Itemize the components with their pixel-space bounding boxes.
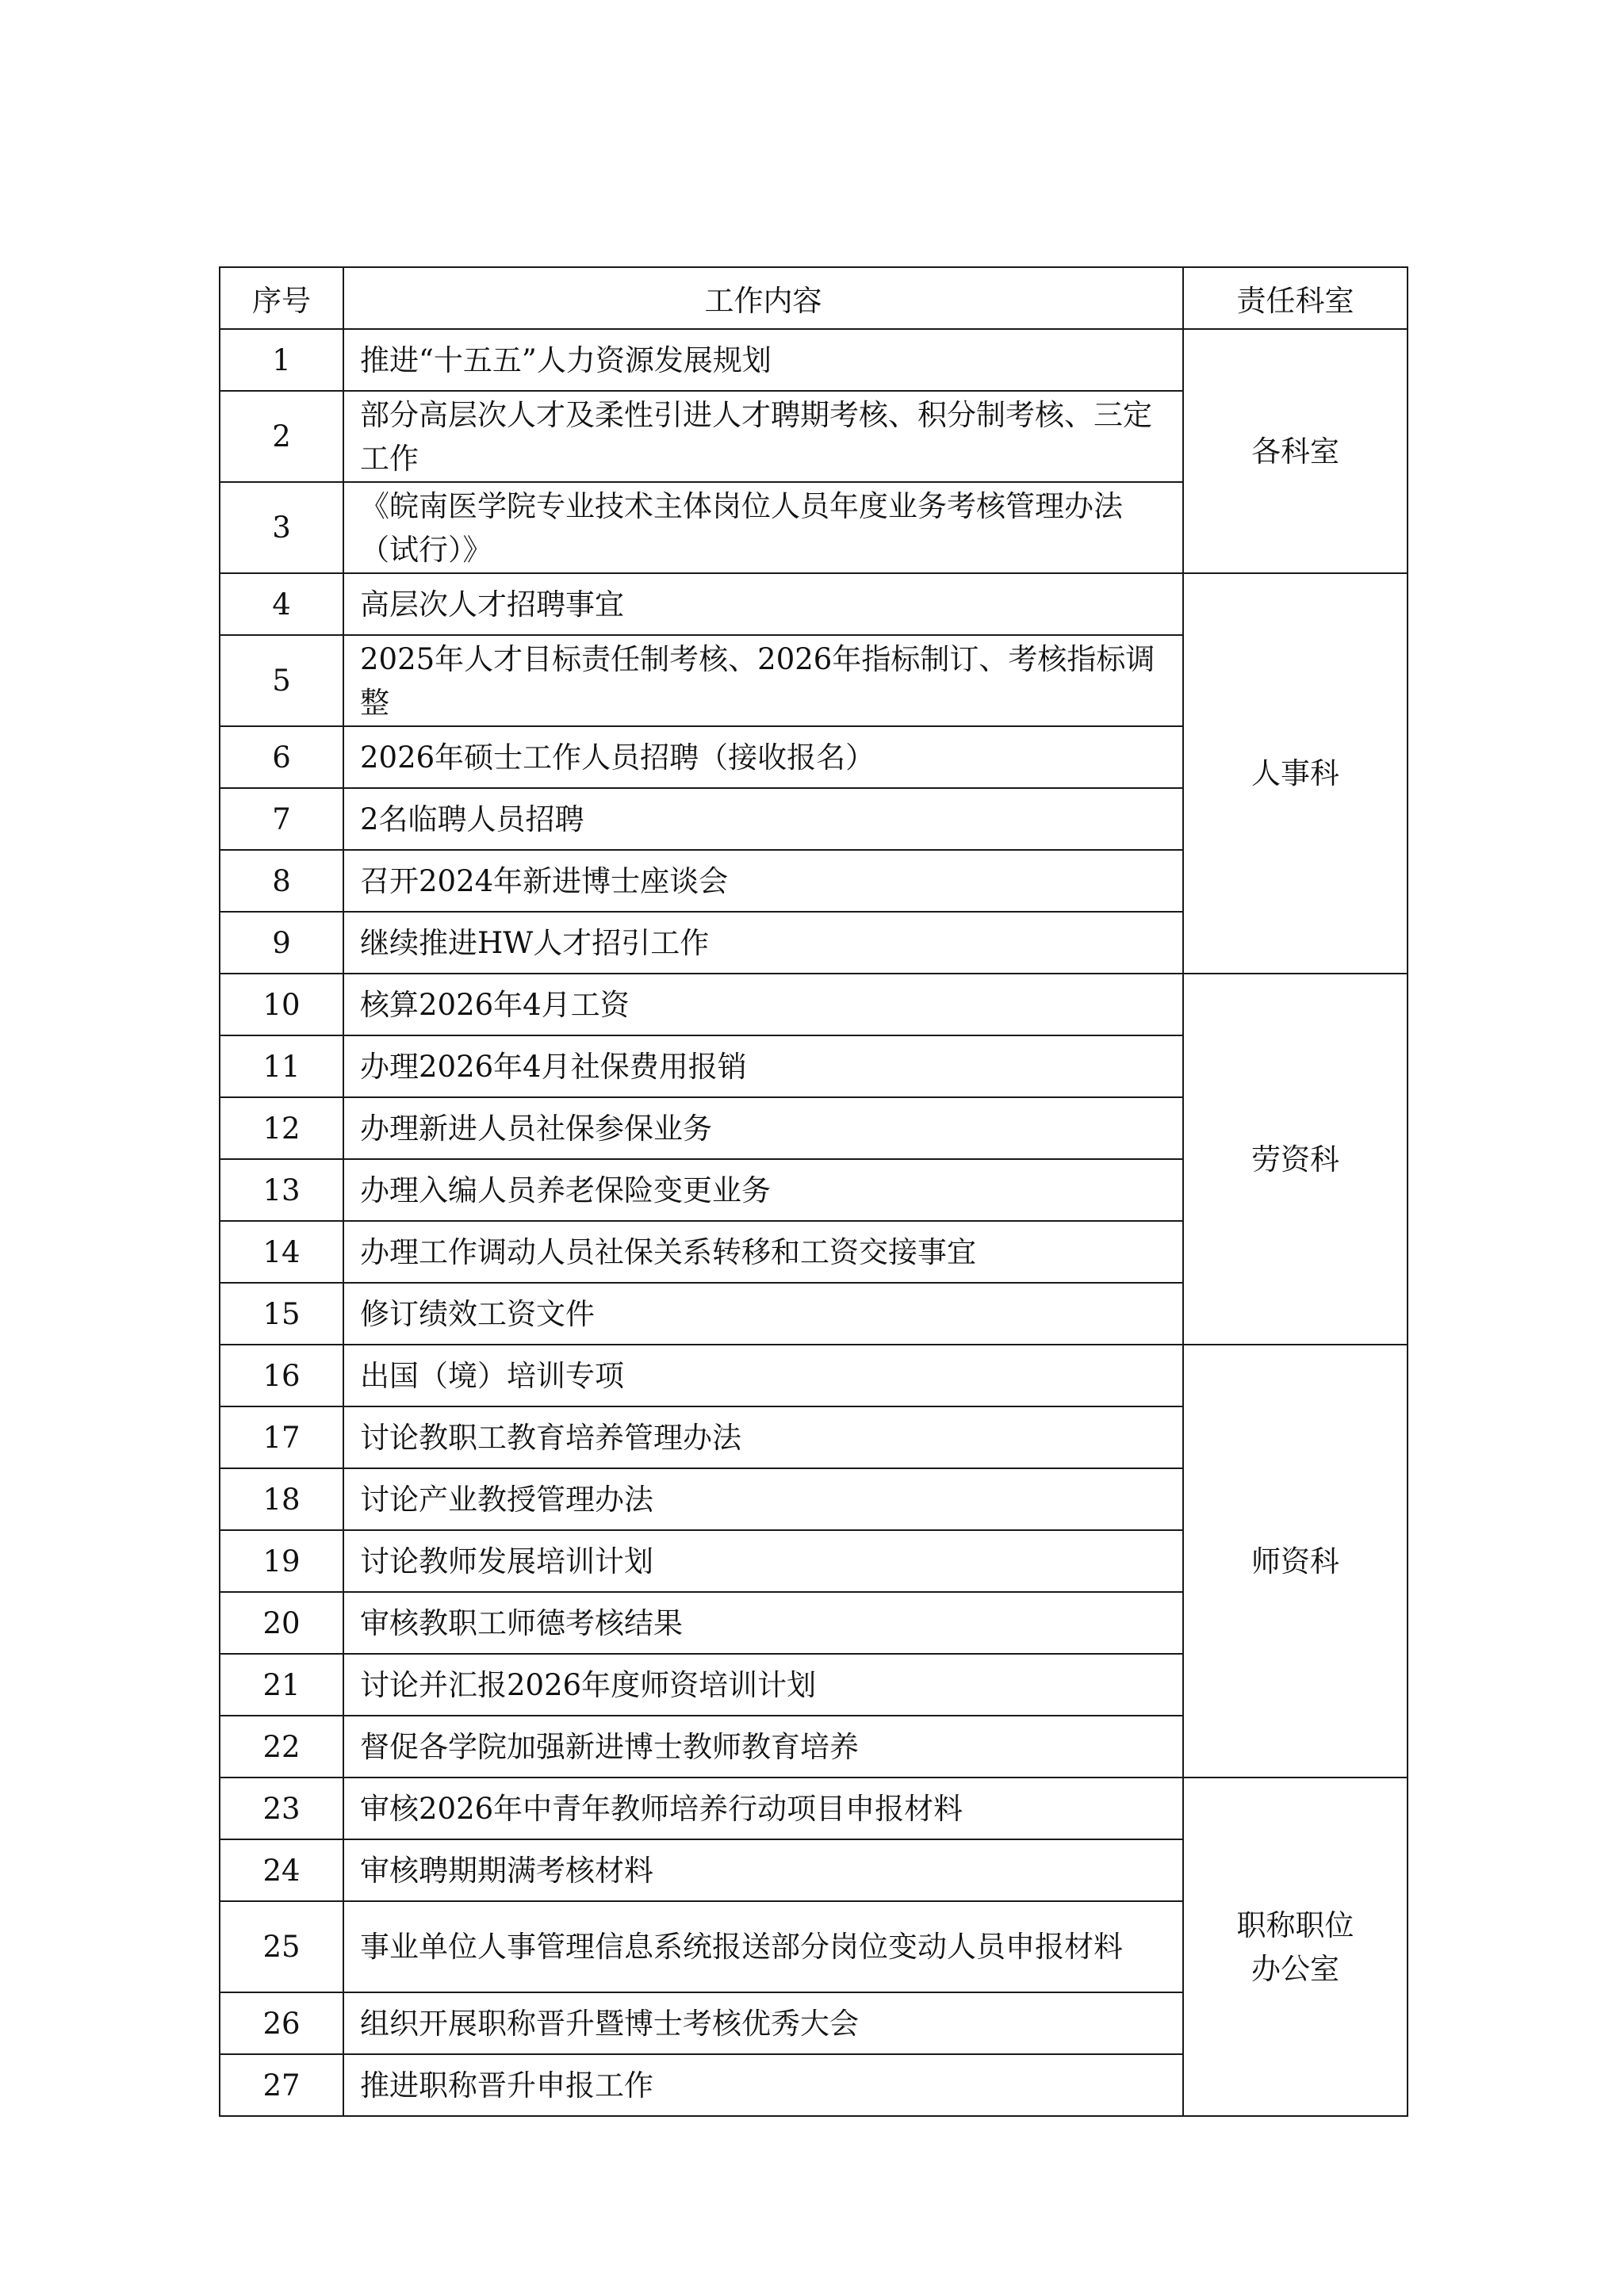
row-work-content: 组织开展职称晋升暨博士考核优秀大会 (343, 1992, 1183, 2054)
row-serial-number: 1 (220, 329, 343, 391)
row-serial-number: 19 (220, 1530, 343, 1592)
row-work-content: 审核聘期期满考核材料 (343, 1839, 1183, 1901)
row-serial-number: 21 (220, 1654, 343, 1716)
row-work-content: 2026年硕士工作人员招聘（接收报名） (343, 726, 1183, 788)
row-work-content: 办理工作调动人员社保关系转移和工资交接事宜 (343, 1221, 1183, 1283)
row-work-content: 《皖南医学院专业技术主体岗位人员年度业务考核管理办法（试行）》 (343, 482, 1183, 573)
table-row: 4高层次人才招聘事宜人事科 (220, 573, 1408, 635)
row-serial-number: 12 (220, 1097, 343, 1159)
row-work-content: 办理新进人员社保参保业务 (343, 1097, 1183, 1159)
row-serial-number: 20 (220, 1592, 343, 1654)
row-work-content: 高层次人才招聘事宜 (343, 573, 1183, 635)
row-serial-number: 8 (220, 850, 343, 912)
row-serial-number: 11 (220, 1035, 343, 1097)
table-row: 23审核2026年中青年教师培养行动项目申报材料职称职位办公室 (220, 1777, 1408, 1839)
header-work-content: 工作内容 (343, 267, 1183, 329)
table-row: 16出国（境）培训专项师资科 (220, 1345, 1408, 1406)
row-serial-number: 5 (220, 635, 343, 726)
responsible-department-cell: 人事科 (1183, 573, 1408, 974)
table-row: 1推进“十五五”人力资源发展规划各科室 (220, 329, 1408, 391)
row-serial-number: 23 (220, 1777, 343, 1839)
header-responsible-department: 责任科室 (1183, 267, 1408, 329)
row-serial-number: 4 (220, 573, 343, 635)
row-serial-number: 24 (220, 1839, 343, 1901)
table-body: 1推进“十五五”人力资源发展规划各科室2部分高层次人才及柔性引进人才聘期考核、积… (220, 329, 1408, 2116)
row-serial-number: 2 (220, 391, 343, 482)
row-serial-number: 3 (220, 482, 343, 573)
row-serial-number: 6 (220, 726, 343, 788)
row-work-content: 核算2026年4月工资 (343, 974, 1183, 1035)
work-plan-table: 序号 工作内容 责任科室 1推进“十五五”人力资源发展规划各科室2部分高层次人才… (219, 266, 1408, 2117)
row-work-content: 讨论教师发展培训计划 (343, 1530, 1183, 1592)
row-work-content: 讨论并汇报2026年度师资培训计划 (343, 1654, 1183, 1716)
row-serial-number: 26 (220, 1992, 343, 2054)
row-serial-number: 18 (220, 1468, 343, 1530)
row-work-content: 继续推进HW人才招引工作 (343, 912, 1183, 974)
row-serial-number: 13 (220, 1159, 343, 1221)
row-work-content: 审核2026年中青年教师培养行动项目申报材料 (343, 1777, 1183, 1839)
responsible-department-cell: 师资科 (1183, 1345, 1408, 1777)
responsible-department-cell: 劳资科 (1183, 974, 1408, 1345)
table-header-row: 序号 工作内容 责任科室 (220, 267, 1408, 329)
row-work-content: 办理入编人员养老保险变更业务 (343, 1159, 1183, 1221)
row-serial-number: 27 (220, 2054, 343, 2116)
header-serial-number: 序号 (220, 267, 343, 329)
row-work-content: 出国（境）培训专项 (343, 1345, 1183, 1406)
row-serial-number: 15 (220, 1283, 343, 1345)
row-serial-number: 7 (220, 788, 343, 850)
row-work-content: 修订绩效工资文件 (343, 1283, 1183, 1345)
row-serial-number: 9 (220, 912, 343, 974)
table-row: 10核算2026年4月工资劳资科 (220, 974, 1408, 1035)
row-work-content: 督促各学院加强新进博士教师教育培养 (343, 1716, 1183, 1777)
row-work-content: 召开2024年新进博士座谈会 (343, 850, 1183, 912)
row-work-content: 讨论产业教授管理办法 (343, 1468, 1183, 1530)
row-serial-number: 17 (220, 1406, 343, 1468)
row-work-content: 讨论教职工教育培养管理办法 (343, 1406, 1183, 1468)
row-work-content: 2025年人才目标责任制考核、2026年指标制订、考核指标调整 (343, 635, 1183, 726)
row-serial-number: 10 (220, 974, 343, 1035)
row-work-content: 部分高层次人才及柔性引进人才聘期考核、积分制考核、三定工作 (343, 391, 1183, 482)
row-work-content: 推进职称晋升申报工作 (343, 2054, 1183, 2116)
responsible-department-cell: 各科室 (1183, 329, 1408, 573)
row-serial-number: 14 (220, 1221, 343, 1283)
row-serial-number: 16 (220, 1345, 343, 1406)
row-work-content: 办理2026年4月社保费用报销 (343, 1035, 1183, 1097)
row-serial-number: 25 (220, 1901, 343, 1992)
responsible-department-cell: 职称职位办公室 (1183, 1777, 1408, 2116)
row-work-content: 审核教职工师德考核结果 (343, 1592, 1183, 1654)
row-work-content: 推进“十五五”人力资源发展规划 (343, 329, 1183, 391)
row-work-content: 事业单位人事管理信息系统报送部分岗位变动人员申报材料 (343, 1901, 1183, 1992)
row-work-content: 2名临聘人员招聘 (343, 788, 1183, 850)
row-serial-number: 22 (220, 1716, 343, 1777)
